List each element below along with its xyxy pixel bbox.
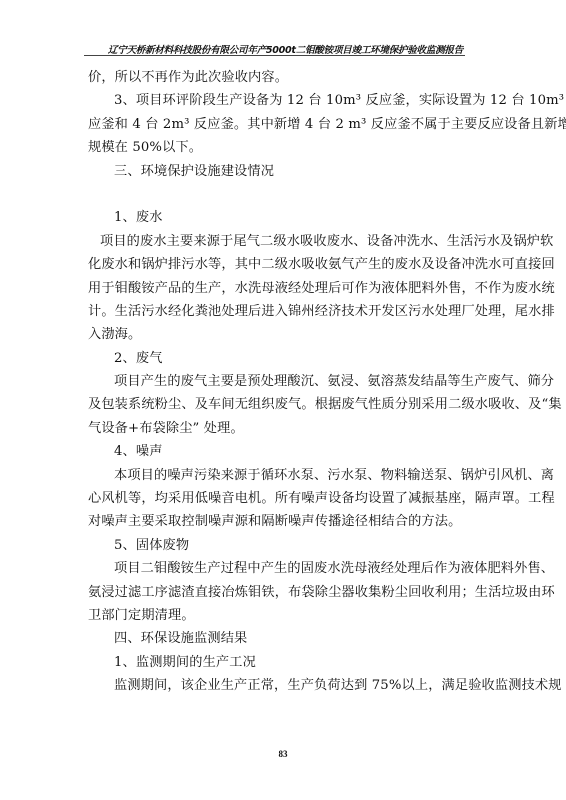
paragraph-line: 应釜和 4 台 2m³ 反应釜。其中新增 4 台 2 m³ 反应釜不属于主要反应… <box>88 113 484 136</box>
paragraph-line: 及包装系统粉尘、及车间无组织废气。根据废气性质分别采用二级水吸收、及“集 <box>88 393 484 416</box>
paragraph-line: 化废水和锅炉排污水等，其中二级水吸收氨气产生的废水及设备冲洗水可直接回 <box>88 253 484 276</box>
paragraph-line: 项目的废水主要来源于尾气二级水吸收废水、设备冲洗水、生活污水及锅炉软 <box>88 230 484 253</box>
paragraph-line: 入渤海。 <box>88 323 484 346</box>
paragraph-line: 氨浸过滤工序滤渣直接冶炼钼铁，布袋除尘器收集粉尘回收利用；生活垃圾由环 <box>88 581 484 604</box>
page-number: 83 <box>0 749 566 759</box>
paragraph-line: 心风机等，均采用低噪音电机。所有噪声设备均设置了减振基座，隔声罩。工程 <box>88 487 484 510</box>
document-body: 价，所以不再作为此次验收内容。 3、项目环评阶段生产设备为 12 台 10m³ … <box>88 66 484 698</box>
paragraph-line: 气设备+布袋除尘” 处理。 <box>88 417 484 440</box>
paragraph-line: 监测期间，该企业生产正常，生产负荷达到 75%以上，满足验收监测技术规 <box>88 674 484 697</box>
report-title: 辽宁天桥新材料科技股份有限公司年产5000t二钼酸铵项目竣工环境保护验收监测报告 <box>108 45 465 56</box>
subsection-heading-noise: 4、噪声 <box>88 440 484 463</box>
paragraph-line: 用于钼酸铵产品的生产，水洗母液经处理后可作为液体肥料外售，不作为废水统 <box>88 277 484 300</box>
subsection-heading-wastewater: 1、废水 <box>88 206 484 229</box>
section-heading-3: 三、环境保护设施建设情况 <box>88 160 484 183</box>
paragraph-line: 规模在 50%以下。 <box>88 136 484 159</box>
subsection-heading-exhaust-gas: 2、废气 <box>88 347 484 370</box>
paragraph-continuation: 价，所以不再作为此次验收内容。 <box>88 66 484 89</box>
paragraph-line: 本项目的噪声污染来源于循环水泵、污水泵、物料输送泵、锅炉引风机、离 <box>88 464 484 487</box>
paragraph-line: 项目产生的废气主要是预处理酸沉、氨浸、氨溶蒸发结晶等生产废气、筛分 <box>88 370 484 393</box>
running-header: 辽宁天桥新材料科技股份有限公司年产5000t二钼酸铵项目竣工环境保护验收监测报告 <box>84 38 465 56</box>
subsection-heading-production-conditions: 1、监测期间的生产工况 <box>88 651 484 674</box>
subsection-heading-solid-waste: 5、固体废物 <box>88 534 484 557</box>
section-heading-4: 四、环保设施监测结果 <box>88 627 484 650</box>
paragraph-line: 计。生活污水经化粪池处理后进入锦州经济技术开发区污水处理厂处理，尾水排 <box>88 300 484 323</box>
blank-line <box>88 183 484 206</box>
paragraph-line: 卫部门定期清理。 <box>88 604 484 627</box>
paragraph-line: 项目二钼酸铵生产过程中产生的固废水洗母液经处理后作为液体肥料外售、 <box>88 557 484 580</box>
paragraph-line: 对噪声主要采取控制噪声源和隔断噪声传播途径相结合的方法。 <box>88 510 484 533</box>
paragraph-line: 3、项目环评阶段生产设备为 12 台 10m³ 反应釜，实际设置为 12 台 1… <box>88 89 484 112</box>
